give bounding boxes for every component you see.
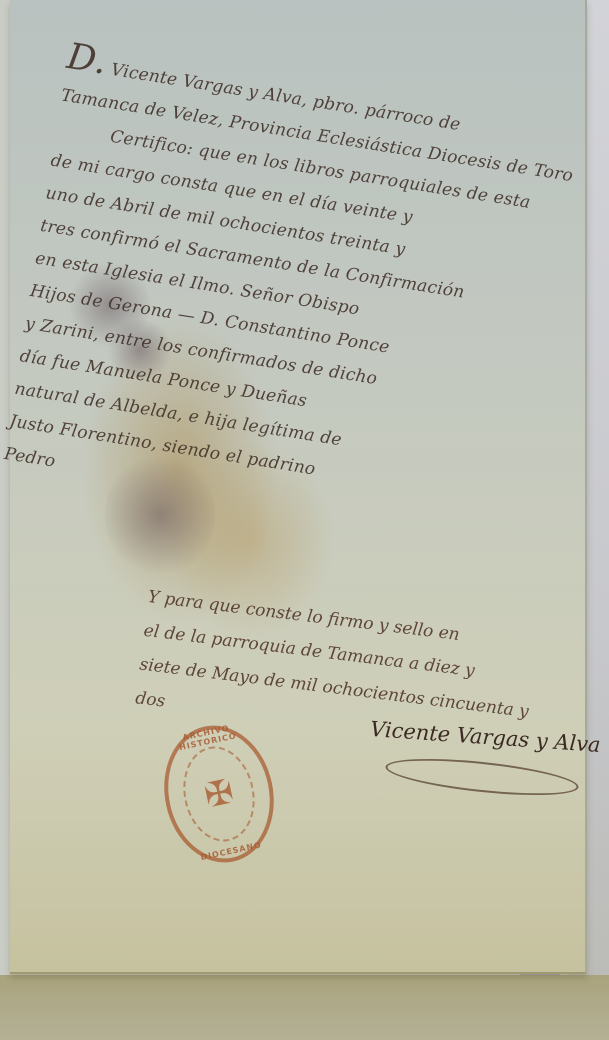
- initial-letter: D.: [64, 36, 110, 83]
- certificate-body: D. Vicente Vargas y Alva, pbro. párroco …: [2, 40, 564, 549]
- lower-page: [0, 975, 609, 1040]
- ecclesiastical-seal-icon: ✠: [175, 740, 263, 848]
